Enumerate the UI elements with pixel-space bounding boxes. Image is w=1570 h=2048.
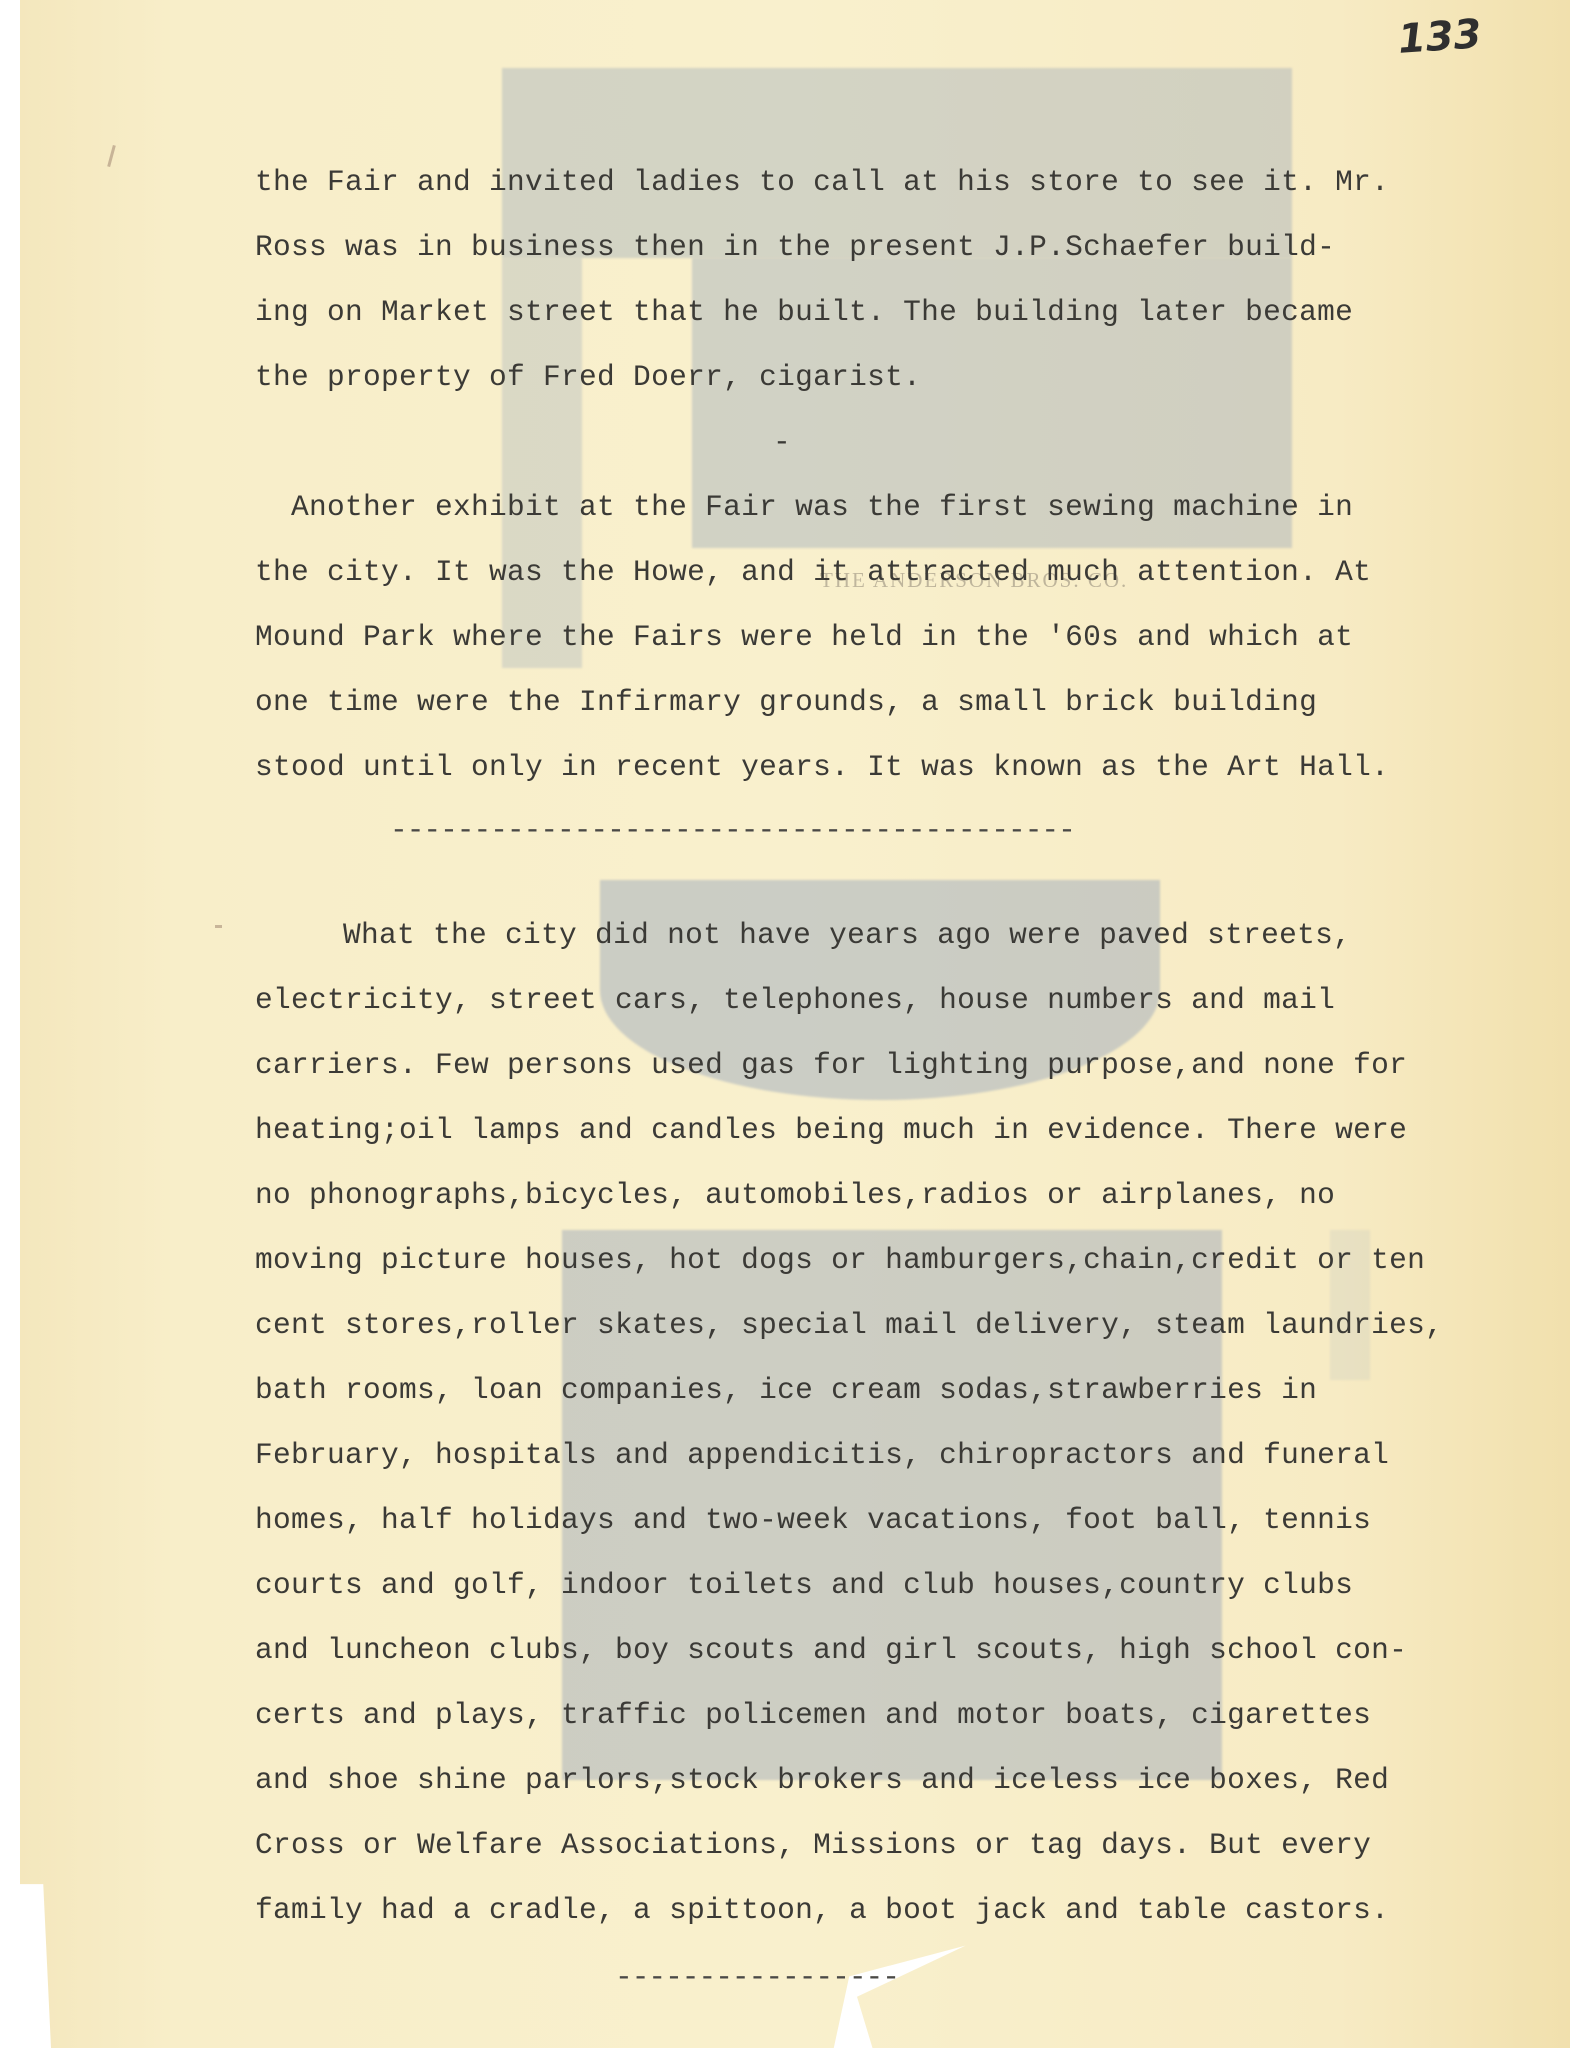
- text-line: electricity, street cars, telephones, ho…: [255, 968, 1515, 1033]
- text-line: Cross or Welfare Associations, Missions …: [255, 1813, 1515, 1878]
- handwritten-page-number: 133: [1396, 11, 1483, 63]
- text-line: family had a cradle, a spittoon, a boot …: [255, 1878, 1515, 1943]
- text-line: one time were the Infirmary grounds, a s…: [255, 670, 1515, 735]
- end-divider: -----------------: [255, 1947, 1515, 2007]
- text-line: carriers. Few persons used gas for light…: [255, 1033, 1515, 1098]
- text-line: and shoe shine parlors,stock brokers and…: [255, 1748, 1515, 1813]
- text-line: the city. It was the Howe, and it attrac…: [255, 540, 1515, 605]
- text-line: February, hospitals and appendicitis, ch…: [255, 1423, 1515, 1488]
- text-line: the property of Fred Doerr, cigarist.: [255, 345, 1515, 410]
- text-line: heating;oil lamps and candles being much…: [255, 1098, 1515, 1163]
- text-line: stood until only in recent years. It was…: [255, 735, 1515, 800]
- text-line: certs and plays, traffic policemen and m…: [255, 1683, 1515, 1748]
- paragraph-city-did-not-have: What the city did not have years ago wer…: [255, 903, 1515, 1943]
- section-divider: ----------------------------------------…: [255, 800, 1515, 875]
- text-line: What the city did not have years ago wer…: [217, 903, 1515, 968]
- paper-mark: [107, 145, 116, 167]
- text-line: ing on Market street that he built. The …: [255, 280, 1515, 345]
- text-line: Another exhibit at the Fair was the firs…: [237, 475, 1515, 540]
- text-line: Ross was in business then in the present…: [255, 215, 1515, 280]
- text-line: courts and golf, indoor toilets and club…: [255, 1553, 1515, 1618]
- text-line: cent stores,roller skates, special mail …: [255, 1293, 1515, 1358]
- text-line: moving picture houses, hot dogs or hambu…: [255, 1228, 1515, 1293]
- text-line: the Fair and invited ladies to call at h…: [255, 150, 1515, 215]
- text-line: homes, half holidays and two-week vacati…: [255, 1488, 1515, 1553]
- text-line: and luncheon clubs, boy scouts and girl …: [255, 1618, 1515, 1683]
- text-line: Mound Park where the Fairs were held in …: [255, 605, 1515, 670]
- text-line: no phonographs,bicycles, automobiles,rad…: [255, 1163, 1515, 1228]
- paragraph-ross-store: the Fair and invited ladies to call at h…: [255, 150, 1515, 410]
- typewritten-body: the Fair and invited ladies to call at h…: [255, 150, 1515, 2007]
- text-line: bath rooms, loan companies, ice cream so…: [255, 1358, 1515, 1423]
- paragraph-sewing-machine: Another exhibit at the Fair was the firs…: [255, 475, 1515, 800]
- separator-mark: -: [255, 410, 1515, 474]
